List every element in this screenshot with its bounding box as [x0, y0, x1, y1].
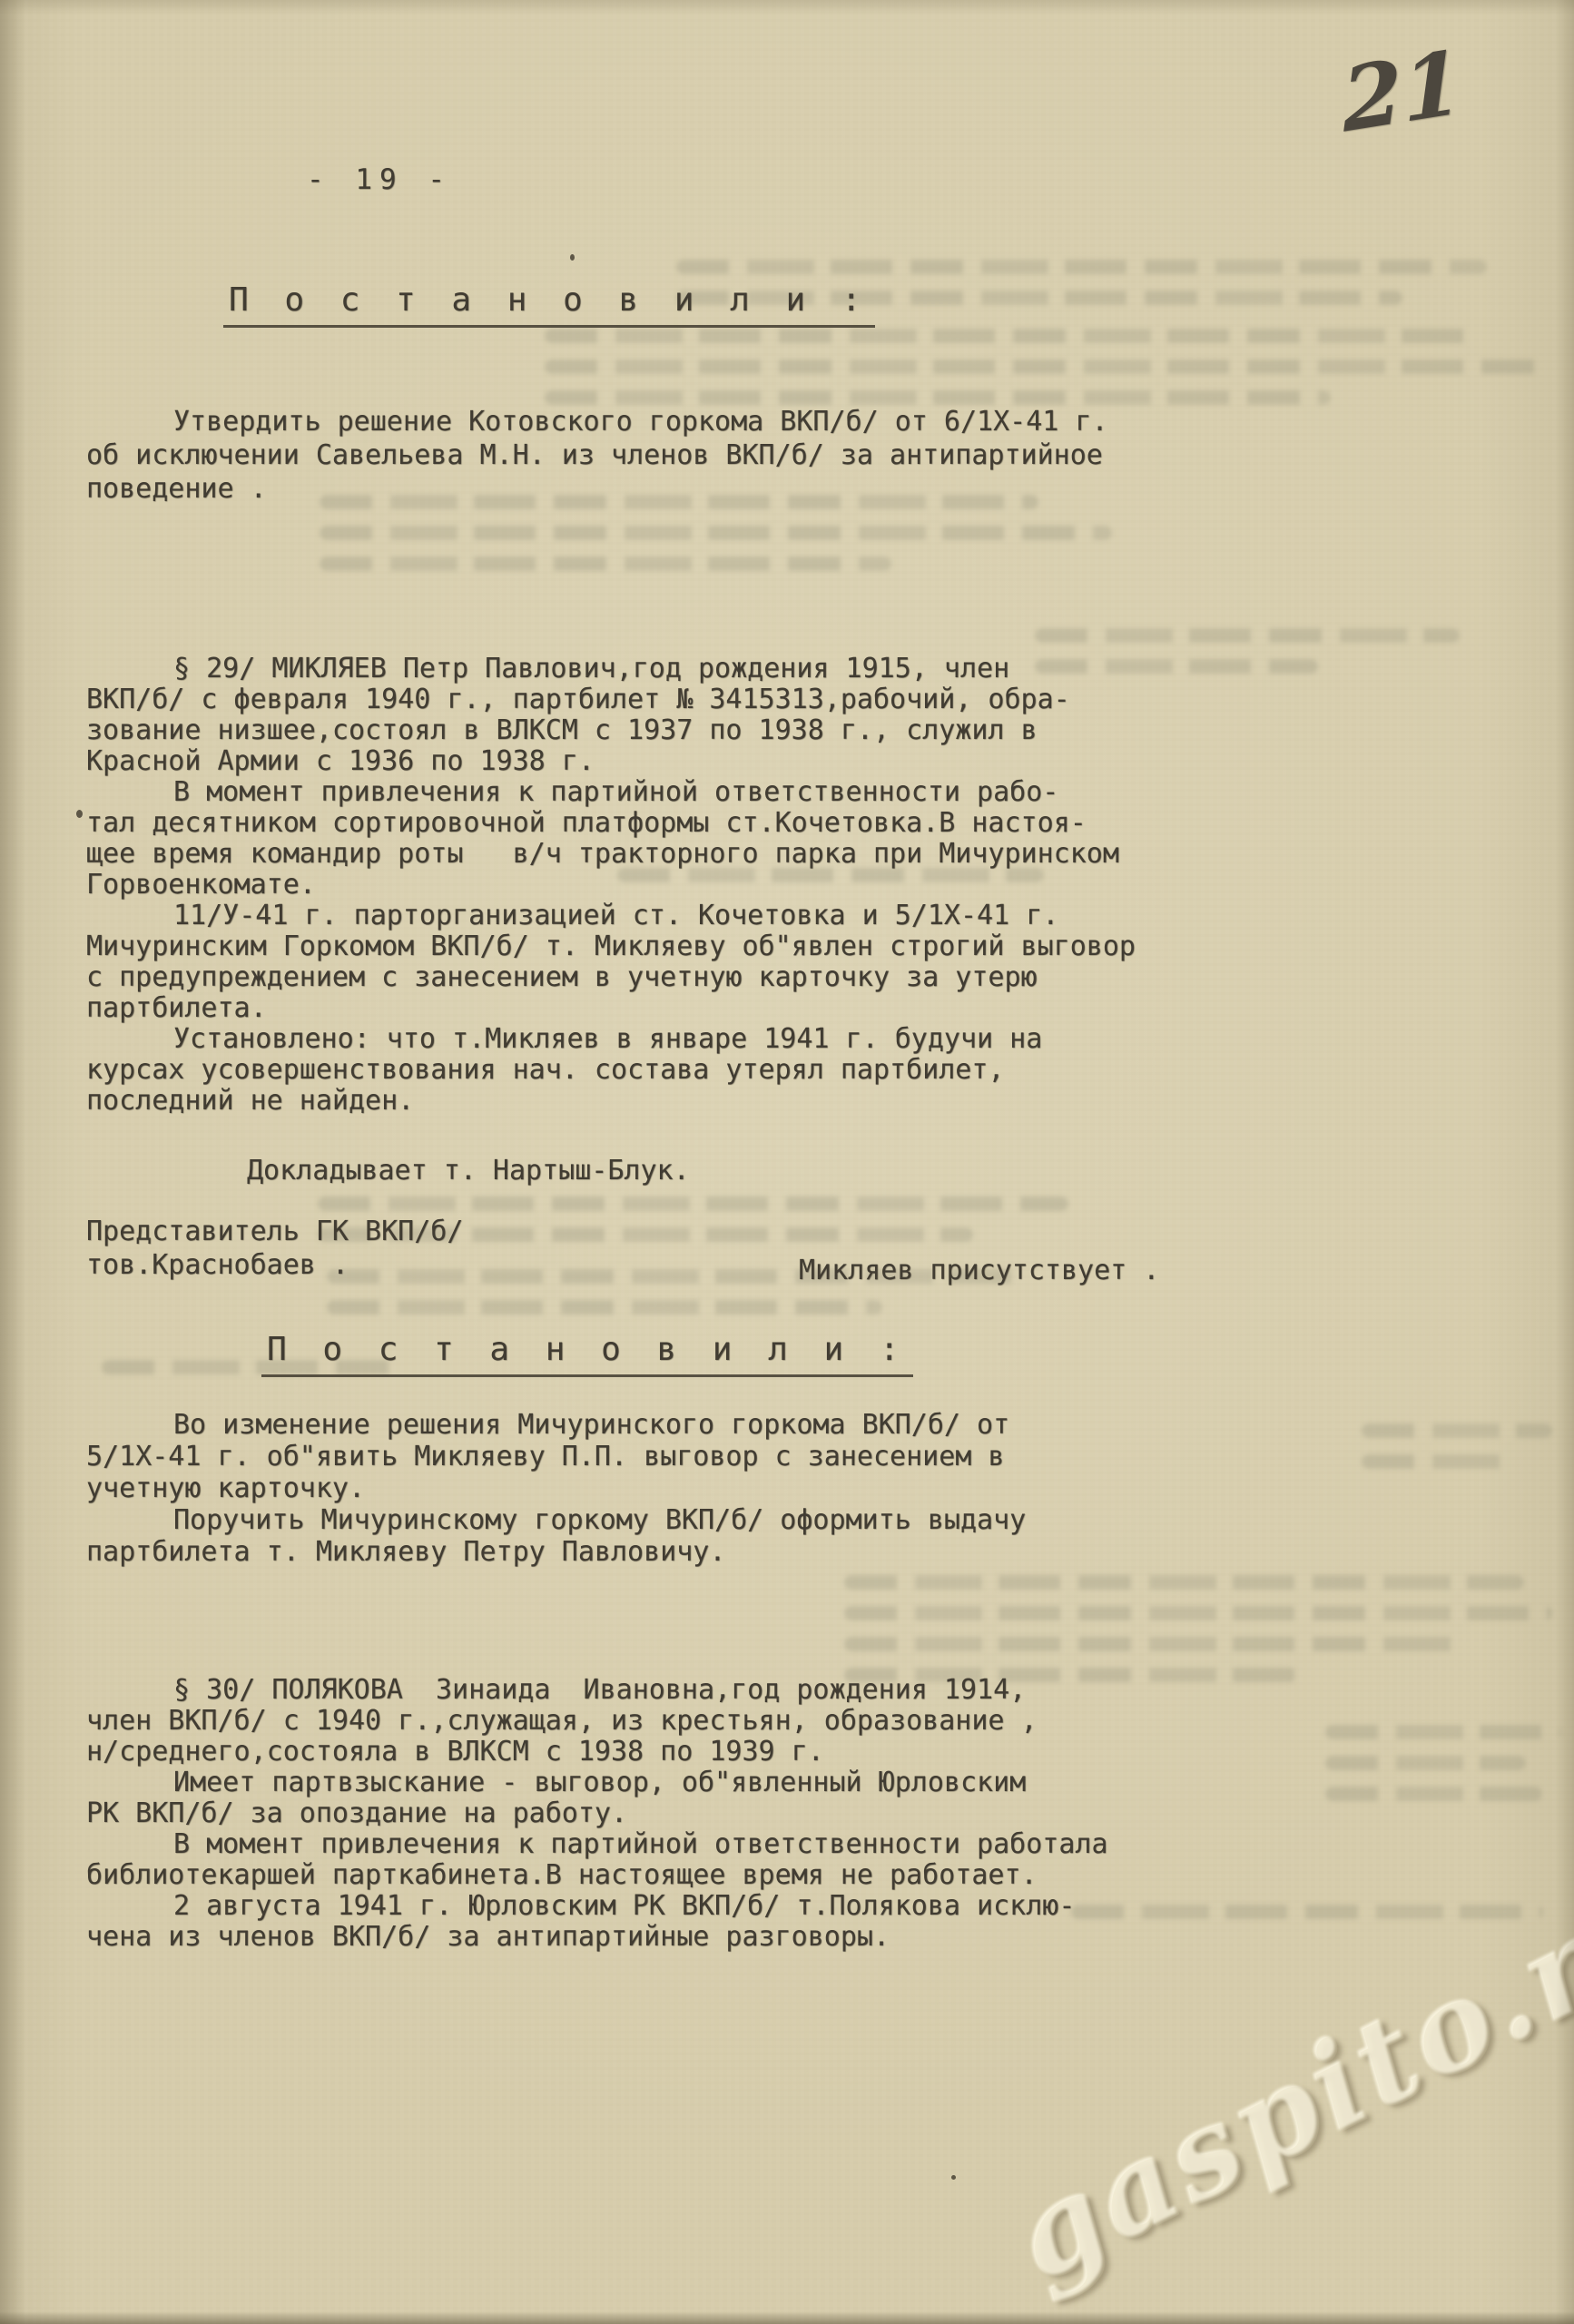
typewritten-line: 2 августа 1941 г. Юрловским РК ВКП/б/ т.… [86, 1891, 1566, 1922]
ink-speck [570, 254, 575, 261]
typewritten-line: тов.Краснобаев . [86, 1248, 463, 1282]
bleed-through-text [320, 495, 1136, 587]
typewritten-line: Горвоенкомате. [86, 870, 1566, 901]
resolution-heading-1: П о с т а н о в и л и : [223, 281, 875, 328]
typewritten-line: об исключении Савельева М.Н. из членов В… [86, 438, 1557, 472]
typewritten-line: член ВКП/б/ с 1940 г.,служащая, из крест… [86, 1706, 1566, 1737]
typewritten-line: В момент привлечения к партийной ответст… [86, 1829, 1566, 1860]
scanned-document-page: 21 - 19 - П о с т а н о в и л и : Утверд… [0, 0, 1574, 2324]
typewritten-line: В момент привлечения к партийной ответст… [86, 777, 1566, 808]
typewritten-line: курсах усовершенствования нач. состава у… [86, 1055, 1566, 1086]
typewritten-line: Установлено: что т.Микляев в январе 1941… [86, 1024, 1566, 1055]
typewritten-line: зование низшее,состоял в ВЛКСМ с 1937 по… [86, 715, 1566, 746]
reporter-line: Докладывает т. Нартыш-Блук. [247, 1155, 690, 1187]
typewritten-line: § 29/ МИКЛЯЕВ Петр Павлович,год рождения… [86, 654, 1566, 684]
typewritten-line: с предупреждением с занесением в учетную… [86, 962, 1566, 993]
typewritten-line: учетную карточку. [86, 1472, 1557, 1504]
typewritten-line: н/среднего,состояла в ВЛКСМ с 1938 по 19… [86, 1737, 1566, 1768]
resolution-1-paragraph: Утвердить решение Котовского горкома ВКП… [86, 405, 1557, 506]
presence-note: Микляев присутствует . [799, 1255, 1159, 1286]
typewritten-line: Утвердить решение Котовского горкома ВКП… [86, 405, 1557, 438]
typewritten-line: поведение . [86, 472, 1557, 506]
typewritten-line: Красной Армии с 1936 по 1938 г. [86, 746, 1566, 777]
typewritten-line: тал десятником сортировочной платформы с… [86, 808, 1566, 839]
case-30-paragraph: § 30/ ПОЛЯКОВА Зинаида Ивановна,год рожд… [86, 1675, 1566, 1953]
scan-edge-shadow [0, 0, 25, 2324]
typewritten-line: партбилета т. Микляеву Петру Павловичу. [86, 1536, 1557, 1568]
typewritten-line: РК ВКП/б/ за опоздание на работу. [86, 1798, 1566, 1829]
resolution-2-paragraph: Во изменение решения Мичуринского горком… [86, 1409, 1557, 1568]
typewritten-line: Во изменение решения Мичуринского горком… [86, 1409, 1557, 1441]
typewritten-line: Представитель ГК ВКП/б/ [86, 1215, 463, 1248]
typewritten-line: щее время командир роты в/ч тракторного … [86, 839, 1566, 870]
scan-edge-shadow [1556, 0, 1574, 2324]
typewritten-line: 5/1Х-41 г. об"явить Микляеву П.П. выгово… [86, 1441, 1557, 1472]
representative-block: Представитель ГК ВКП/б/ тов.Краснобаев . [86, 1215, 463, 1282]
typewritten-line: последний не найден. [86, 1086, 1566, 1117]
typewritten-line: 11/У-41 г. парторганизацией ст. Кочетовк… [86, 901, 1566, 931]
typewritten-line: Мичуринским Горкомом ВКП/б/ т. Микляеву … [86, 931, 1566, 962]
ink-speck [76, 810, 83, 818]
typewritten-line: ВКП/б/ с февраля 1940 г., партбилет № 34… [86, 684, 1566, 715]
typewritten-line: § 30/ ПОЛЯКОВА Зинаида Ивановна,год рожд… [86, 1675, 1566, 1706]
resolution-heading-2: П о с т а н о в и л и : [261, 1331, 913, 1377]
scan-edge-shadow [0, 0, 1574, 15]
typewritten-line: Имеет партвзыскание - выговор, об"явленн… [86, 1768, 1566, 1798]
typewritten-line: Поручить Мичуринскому горкому ВКП/б/ офо… [86, 1504, 1557, 1536]
case-29-paragraph: § 29/ МИКЛЯЕВ Петр Павлович,год рождения… [86, 654, 1566, 1117]
ink-speck [951, 2175, 956, 2180]
paper-texture [0, 0, 1574, 2324]
handwritten-folio-number: 21 [1340, 30, 1465, 152]
scan-edge-shadow [0, 2311, 1574, 2324]
typewritten-line: библиотекаршей парткабинета.В настоящее … [86, 1860, 1566, 1891]
typewritten-line: партбилета. [86, 993, 1566, 1024]
page-number: - 19 - [307, 163, 452, 196]
typewritten-line: чена из членов ВКП/б/ за антипартийные р… [86, 1922, 1566, 1953]
